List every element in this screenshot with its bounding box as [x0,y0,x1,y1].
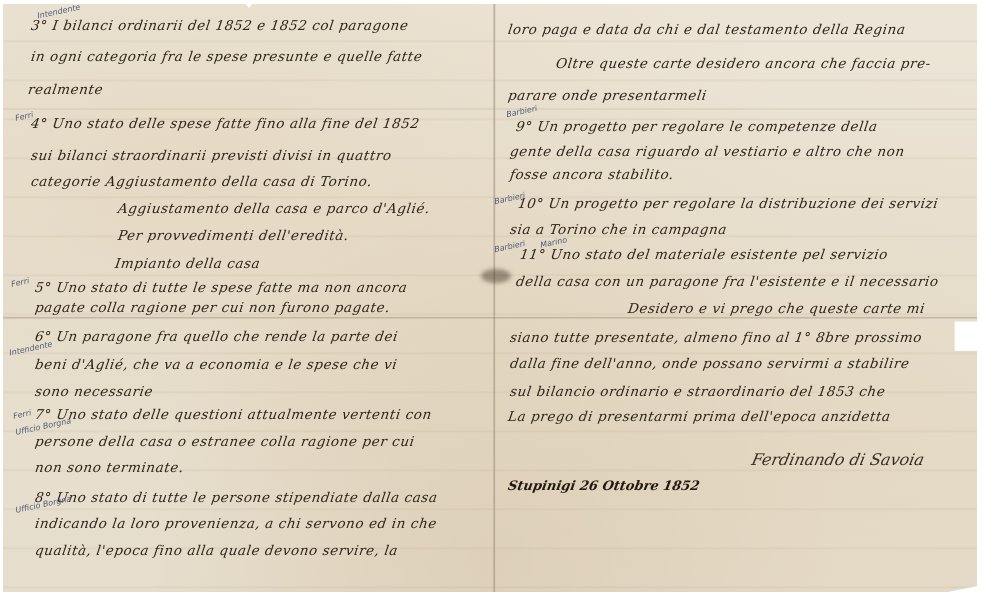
text-line: loro paga e data da chi e dal testamento… [507,22,907,38]
text-line: categorie Aggiustamento della casa di To… [30,174,373,190]
text-line: realmente [27,82,104,98]
text-line: 11° Uno stato del materiale esistente pe… [519,247,889,263]
signature: Ferdinando di Savoia [750,450,926,469]
text-line: Aggiustamento della casa e parco d'Aglié… [117,201,431,217]
text-line: 5° Uno stato di tutte le spese fatte ma … [34,280,409,296]
ink-stain [481,269,511,283]
text-line: indicando la loro provenienza, a chi ser… [34,516,438,532]
text-line: La prego di presentarmi prima dell'epoca… [507,409,892,425]
text-line: siano tutte presentate, almeno fino al 1… [509,330,923,346]
text-line: parare onde presentarmeli [507,88,708,104]
text-line: non sono terminate. [34,460,185,476]
text-line: Desidero e vi prego che queste carte mi [627,301,926,317]
text-line: beni d'Aglié, che va a economia e le spe… [34,357,398,373]
text-line: gente della casa riguardo al vestiario e… [509,144,906,160]
place-date: Stupinigi 26 Ottobre 1852 [507,479,701,494]
text-line: sui bilanci straordinarii previsti divis… [30,148,393,164]
text-line: in ogni categoria fra le spese presunte … [30,49,424,65]
text-line: 8° Uno stato di tutte le persone stipend… [34,490,439,506]
text-line: sul bilancio ordinario e straordinario d… [509,384,887,400]
text-line: Impianto della casa [114,256,262,272]
letter-sheet: Intendente 3° I bilanci ordinarii del 18… [3,4,977,592]
text-line: 10° Un progetto per regolare la distribu… [517,196,939,212]
text-line: della casa con un paragone fra l'esisten… [515,274,940,290]
text-line: 7° Uno stato delle questioni attualmente… [34,407,433,423]
text-line: sia a Torino che in campagna [509,222,728,238]
text-line: fosse ancora stabilito. [509,167,675,183]
text-line: 6° Un paragone fra quello che rende la p… [34,329,399,345]
text-line: 9° Un progetto per regolare le competenz… [515,119,879,135]
text-line: dalla fine dell'anno, onde possano servi… [509,356,911,372]
fold-crease-top [3,108,977,110]
text-line: 3° I bilanci ordinarii del 1852 e 1852 c… [30,18,410,34]
text-line: 4° Uno stato delle spese fatte fino alla… [30,116,421,132]
text-line: sono necessarie [34,384,154,400]
text-line: qualità, l'epoca fino alla quale devono … [34,543,399,559]
text-line: persone della casa o estranee colla ragi… [34,434,416,450]
text-line: pagate colla ragione per cui non furono … [34,300,391,316]
fold-crease-vertical [493,4,496,592]
text-line: Per provvedimenti dell'eredità. [117,228,350,244]
text-line: Oltre queste carte desidero ancora che f… [555,56,932,72]
